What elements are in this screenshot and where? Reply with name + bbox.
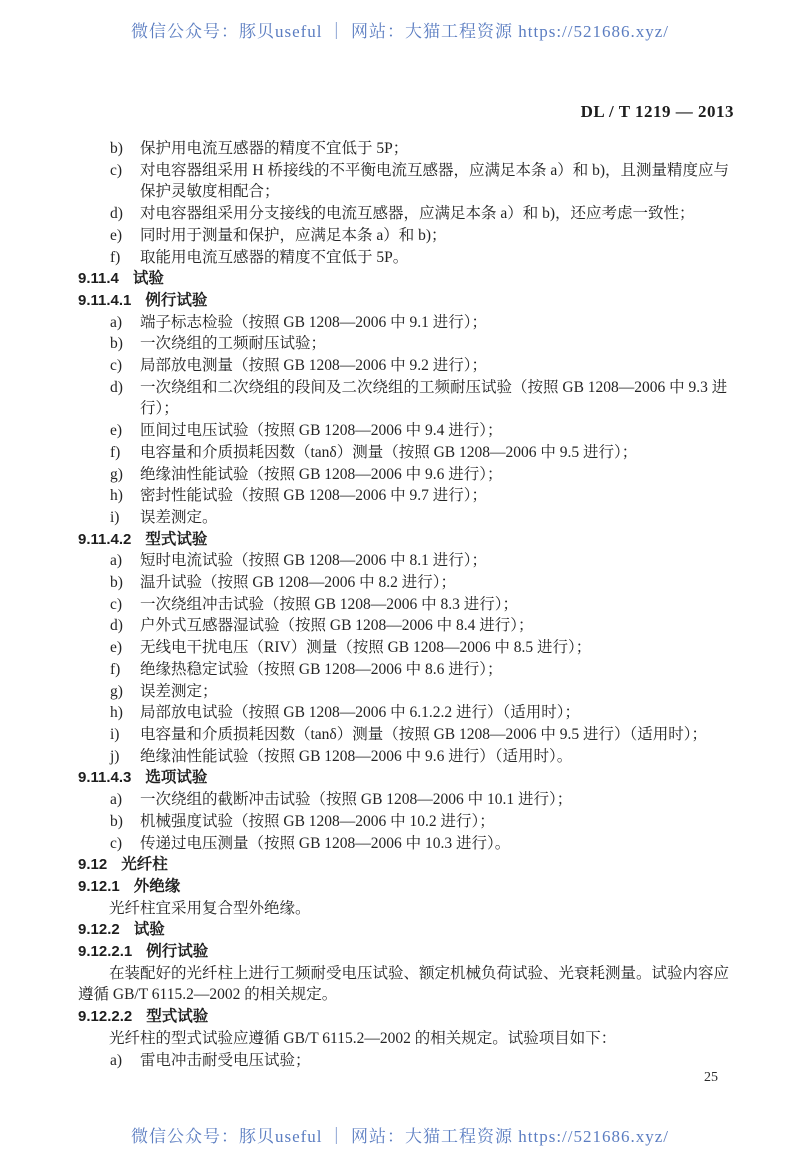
section-number: 9.12.2.1 (78, 943, 132, 960)
list-item-text: 一次绕组和二次绕组的段间及二次绕组的工频耐压试验（按照 GB 1208—2006… (140, 379, 727, 418)
list-item-letter: b) (110, 572, 123, 594)
section-title: 外绝缘 (134, 878, 181, 895)
list-item-text: 雷电冲击耐受电压试验； (140, 1052, 311, 1069)
list-item-text: 一次绕组的截断冲击试验（按照 GB 1208—2006 中 10.1 进行）； (140, 791, 572, 808)
section-number: 9.12 (78, 856, 107, 873)
section-number: 9.12.1 (78, 878, 120, 895)
list-item-letter: b) (110, 333, 123, 355)
section-number: 9.11.4.3 (78, 769, 131, 786)
list-item: j)绝缘油性能试验（按照 GB 1208—2006 中 9.6 进行）（适用时）… (78, 746, 738, 768)
list-item-letter: i) (110, 507, 119, 529)
list-item-text: 端子标志检验（按照 GB 1208—2006 中 9.1 进行）； (140, 314, 487, 331)
list-item-letter: c) (110, 160, 122, 182)
list-item: f)取能用电流互感器的精度不宜低于 5P。 (78, 247, 738, 269)
paragraph: 光纤柱宜采用复合型外绝缘。 (78, 898, 738, 920)
list-item-text: 误差测定； (140, 683, 218, 700)
section-number: 9.11.4 (78, 270, 119, 287)
list-item-text: 对电容器组采用分支接线的电流互感器，应满足本条 a）和 b)，还应考虑一致性； (140, 205, 695, 222)
list-item-text: 绝缘油性能试验（按照 GB 1208—2006 中 9.6 进行）； (140, 466, 503, 483)
list-item-text: 同时用于测量和保护，应满足本条 a）和 b)； (140, 227, 447, 244)
list-item-text: 匝间过电压试验（按照 GB 1208—2006 中 9.4 进行）； (140, 422, 503, 439)
list-item-letter: a) (110, 1050, 122, 1072)
list-item-text: 一次绕组的工频耐压试验； (140, 335, 326, 352)
list-item-text: 户外式互感器湿试验（按照 GB 1208—2006 中 8.4 进行）； (140, 617, 534, 634)
list-item: i)电容量和介质损耗因数（tanδ）测量（按照 GB 1208—2006 中 9… (78, 724, 738, 746)
section-number: 9.11.4.1 (78, 292, 131, 309)
list-item: d)对电容器组采用分支接线的电流互感器，应满足本条 a）和 b)，还应考虑一致性… (78, 203, 738, 225)
list-item: b)温升试验（按照 GB 1208—2006 中 8.2 进行）； (78, 572, 738, 594)
list-item: e)匝间过电压试验（按照 GB 1208—2006 中 9.4 进行）； (78, 420, 738, 442)
list-item-letter: g) (110, 464, 123, 486)
list-item: a)一次绕组的截断冲击试验（按照 GB 1208—2006 中 10.1 进行）… (78, 789, 738, 811)
watermark-top: 微信公众号：豚贝useful ｜ 网站：大猫工程资源 https://52168… (0, 17, 800, 42)
section-heading: 9.12.2.1例行试验 (78, 941, 738, 963)
list-item-letter: f) (110, 442, 120, 464)
list-item-letter: e) (110, 225, 122, 247)
list-item: c)一次绕组冲击试验（按照 GB 1208—2006 中 8.3 进行）； (78, 594, 738, 616)
list-item-text: 保护用电流互感器的精度不宜低于 5P； (140, 140, 408, 157)
list-item-letter: j) (110, 746, 119, 768)
list-item-text: 对电容器组采用 H 桥接线的不平衡电流互感器，应满足本条 a）和 b)，且测量精… (140, 162, 729, 201)
section-title: 型式试验 (145, 531, 207, 548)
list-item-text: 传递过电压测量（按照 GB 1208—2006 中 10.3 进行）。 (140, 835, 510, 852)
list-item-letter: f) (110, 659, 120, 681)
list-item-text: 温升试验（按照 GB 1208—2006 中 8.2 进行）； (140, 574, 456, 591)
list-item-letter: e) (110, 637, 122, 659)
list-item-letter: d) (110, 203, 123, 225)
list-item-letter: d) (110, 615, 123, 637)
section-number: 9.12.2.2 (78, 1008, 132, 1025)
list-item-letter: c) (110, 355, 122, 377)
section-title: 型式试验 (146, 1008, 208, 1025)
paragraph: 在装配好的光纤柱上进行工频耐受电压试验、额定机械负荷试验、光衰耗测量。试验内容应… (78, 963, 738, 1006)
section-heading: 9.12.2.2型式试验 (78, 1006, 738, 1028)
list-item: g)绝缘油性能试验（按照 GB 1208—2006 中 9.6 进行）； (78, 464, 738, 486)
list-item-letter: d) (110, 377, 123, 399)
list-item: h)密封性能试验（按照 GB 1208—2006 中 9.7 进行）； (78, 485, 738, 507)
list-item-letter: g) (110, 681, 123, 703)
document-code-header: DL / T 1219 — 2013 (581, 102, 734, 122)
list-item-text: 绝缘油性能试验（按照 GB 1208—2006 中 9.6 进行）（适用时）。 (140, 748, 572, 765)
list-item: b)一次绕组的工频耐压试验； (78, 333, 738, 355)
list-item: e)无线电干扰电压（RIV）测量（按照 GB 1208—2006 中 8.5 进… (78, 637, 738, 659)
list-item-letter: b) (110, 138, 123, 160)
section-heading: 9.11.4试验 (78, 268, 738, 290)
list-item-letter: a) (110, 789, 122, 811)
list-item-text: 电容量和介质损耗因数（tanδ）测量（按照 GB 1208—2006 中 9.5… (140, 444, 637, 461)
list-item-letter: f) (110, 247, 120, 269)
list-item: b)机械强度试验（按照 GB 1208—2006 中 10.2 进行）； (78, 811, 738, 833)
list-item: g)误差测定； (78, 681, 738, 703)
list-item: f)绝缘热稳定试验（按照 GB 1208—2006 中 8.6 进行）； (78, 659, 738, 681)
list-item-letter: a) (110, 312, 122, 334)
paragraph: 光纤柱的型式试验应遵循 GB/T 6115.2—2002 的相关规定。试验项目如… (78, 1028, 738, 1050)
section-heading: 9.11.4.1例行试验 (78, 290, 738, 312)
list-item-letter: a) (110, 550, 122, 572)
list-item-letter: c) (110, 833, 122, 855)
list-item-text: 密封性能试验（按照 GB 1208—2006 中 9.7 进行）； (140, 487, 487, 504)
section-title: 例行试验 (145, 292, 207, 309)
list-item-letter: c) (110, 594, 122, 616)
list-item: d)户外式互感器湿试验（按照 GB 1208—2006 中 8.4 进行）； (78, 615, 738, 637)
list-item-text: 误差测定。 (140, 509, 218, 526)
list-item-text: 一次绕组冲击试验（按照 GB 1208—2006 中 8.3 进行）； (140, 596, 518, 613)
list-item: c)传递过电压测量（按照 GB 1208—2006 中 10.3 进行）。 (78, 833, 738, 855)
section-heading: 9.11.4.3选项试验 (78, 767, 738, 789)
list-item: d)一次绕组和二次绕组的段间及二次绕组的工频耐压试验（按照 GB 1208—20… (78, 377, 738, 420)
page-number: 25 (704, 1070, 718, 1086)
section-heading: 9.11.4.2型式试验 (78, 529, 738, 551)
list-item: a)端子标志检验（按照 GB 1208—2006 中 9.1 进行）； (78, 312, 738, 334)
section-title: 例行试验 (146, 943, 208, 960)
list-item-text: 绝缘热稳定试验（按照 GB 1208—2006 中 8.6 进行）； (140, 661, 503, 678)
list-item-text: 局部放电测量（按照 GB 1208—2006 中 9.2 进行）； (140, 357, 487, 374)
section-title: 选项试验 (145, 769, 207, 786)
section-number: 9.12.2 (78, 921, 120, 938)
section-title: 光纤柱 (121, 856, 168, 873)
section-heading: 9.12光纤柱 (78, 854, 738, 876)
section-heading: 9.12.1外绝缘 (78, 876, 738, 898)
list-item: a)雷电冲击耐受电压试验； (78, 1050, 738, 1072)
section-title: 试验 (134, 921, 165, 938)
list-item-text: 无线电干扰电压（RIV）测量（按照 GB 1208—2006 中 8.5 进行）… (140, 639, 591, 656)
list-item: h)局部放电试验（按照 GB 1208—2006 中 6.1.2.2 进行）（适… (78, 702, 738, 724)
document-body: b)保护用电流互感器的精度不宜低于 5P；c)对电容器组采用 H 桥接线的不平衡… (78, 138, 738, 1071)
list-item-letter: h) (110, 485, 123, 507)
list-item: f)电容量和介质损耗因数（tanδ）测量（按照 GB 1208—2006 中 9… (78, 442, 738, 464)
list-item-text: 机械强度试验（按照 GB 1208—2006 中 10.2 进行）； (140, 813, 495, 830)
list-item: c)对电容器组采用 H 桥接线的不平衡电流互感器，应满足本条 a）和 b)，且测… (78, 160, 738, 203)
list-item-text: 短时电流试验（按照 GB 1208—2006 中 8.1 进行）； (140, 552, 487, 569)
section-number: 9.11.4.2 (78, 531, 131, 548)
watermark-bottom: 微信公众号：豚贝useful ｜ 网站：大猫工程资源 https://52168… (0, 1122, 800, 1147)
list-item-text: 局部放电试验（按照 GB 1208—2006 中 6.1.2.2 进行）（适用时… (140, 704, 580, 721)
list-item: b)保护用电流互感器的精度不宜低于 5P； (78, 138, 738, 160)
list-item-letter: i) (110, 724, 119, 746)
list-item: a)短时电流试验（按照 GB 1208—2006 中 8.1 进行）； (78, 550, 738, 572)
list-item-text: 取能用电流互感器的精度不宜低于 5P。 (140, 249, 408, 266)
list-item: i)误差测定。 (78, 507, 738, 529)
section-title: 试验 (133, 270, 164, 287)
list-item-letter: b) (110, 811, 123, 833)
list-item-text: 电容量和介质损耗因数（tanδ）测量（按照 GB 1208—2006 中 9.5… (140, 726, 707, 743)
section-heading: 9.12.2试验 (78, 919, 738, 941)
list-item: c)局部放电测量（按照 GB 1208—2006 中 9.2 进行）； (78, 355, 738, 377)
list-item-letter: h) (110, 702, 123, 724)
list-item: e)同时用于测量和保护，应满足本条 a）和 b)； (78, 225, 738, 247)
list-item-letter: e) (110, 420, 122, 442)
